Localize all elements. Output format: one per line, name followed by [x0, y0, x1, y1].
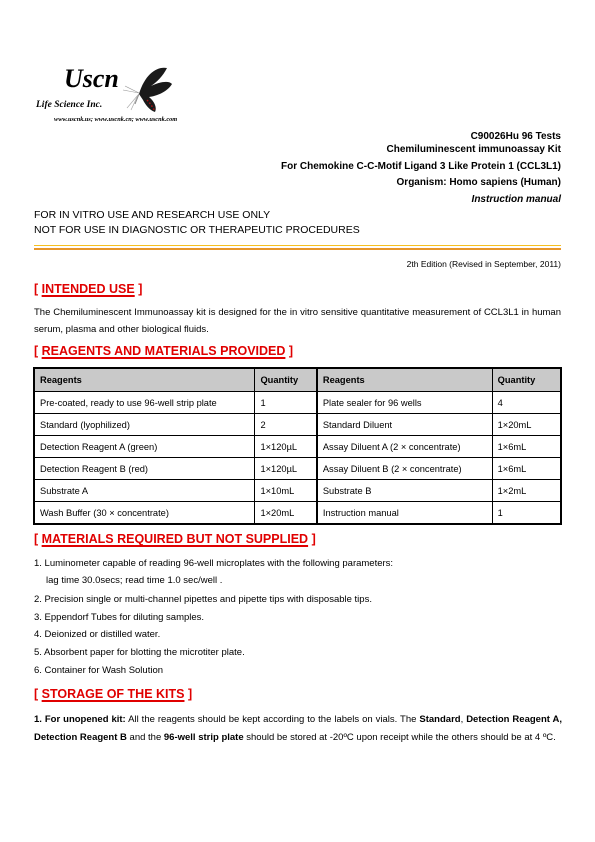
- table-row: Detection Reagent B (red)1×120µLAssay Di…: [34, 458, 561, 480]
- table-row: Detection Reagent A (green)1×120µLAssay …: [34, 436, 561, 458]
- heading-text: MATERIALS REQUIRED BUT NOT SUPPLIED: [42, 532, 308, 546]
- list-item: 4. Deionized or distilled water.: [34, 628, 160, 641]
- reagent-name-cell: Substrate B: [317, 480, 492, 502]
- catalog-number: C90026Hu 96 Tests: [471, 130, 561, 143]
- divider-rule: [34, 245, 561, 246]
- reagent-name-cell: Pre-coated, ready to use 96-well strip p…: [34, 392, 255, 414]
- table-row: Standard (lyophilized)2Standard Diluent1…: [34, 414, 561, 436]
- text: should be stored at -20ºC upon receipt w…: [244, 732, 556, 743]
- reagent-name-cell: Wash Buffer (30 × concentrate): [34, 502, 255, 525]
- divider-rule: [34, 248, 561, 250]
- reagent-name-cell: Detection Reagent B (red): [34, 458, 255, 480]
- column-header: Reagents: [317, 368, 492, 392]
- butterfly-icon: [117, 64, 173, 114]
- list-item: 1. Luminometer capable of reading 96-wel…: [34, 557, 393, 570]
- reagent-name-cell: Substrate A: [34, 480, 255, 502]
- storage-lead: 1. For unopened kit:: [34, 714, 126, 725]
- quantity-cell: 1×6mL: [492, 436, 561, 458]
- bracket: [: [34, 687, 42, 701]
- quantity-cell: 1×10mL: [255, 480, 317, 502]
- bracket: ]: [308, 532, 316, 546]
- column-header: Reagents: [34, 368, 255, 392]
- notice-not-diagnostic: NOT FOR USE IN DIAGNOSTIC OR THERAPEUTIC…: [34, 224, 360, 237]
- quantity-cell: 4: [492, 392, 561, 414]
- list-item: 6. Container for Wash Solution: [34, 664, 163, 677]
- brand-urls: www.uscnk.us; www.uscnk.cn; www.uscnk.co…: [54, 116, 177, 123]
- bracket: ]: [285, 344, 293, 358]
- document-type: Instruction manual: [472, 193, 561, 206]
- bracket: [: [34, 532, 42, 546]
- section-heading-storage: [ STORAGE OF THE KITS ]: [34, 687, 192, 702]
- quantity-cell: 1×20mL: [492, 414, 561, 436]
- reagent-name-cell: Standard (lyophilized): [34, 414, 255, 436]
- quantity-cell: 1×6mL: [492, 458, 561, 480]
- product-type: Chemiluminescent immunoassay Kit: [387, 143, 562, 156]
- bracket: ]: [135, 282, 143, 296]
- reagent-name-cell: Plate sealer for 96 wells: [317, 392, 492, 414]
- reagent-name-cell: Standard Diluent: [317, 414, 492, 436]
- reagent-name-cell: Detection Reagent A (green): [34, 436, 255, 458]
- storage-paragraph: 1. For unopened kit: All the reagents sh…: [34, 711, 562, 747]
- brand-subtitle: Life Science Inc.: [36, 100, 102, 110]
- table-row: Pre-coated, ready to use 96-well strip p…: [34, 392, 561, 414]
- section-heading-materials: [ MATERIALS REQUIRED BUT NOT SUPPLIED ]: [34, 532, 316, 547]
- product-target: For Chemokine C-C-Motif Ligand 3 Like Pr…: [281, 160, 561, 173]
- notice-research-only: FOR IN VITRO USE AND RESEARCH USE ONLY: [34, 209, 270, 222]
- section-heading-reagents: [ REAGENTS AND MATERIALS PROVIDED ]: [34, 344, 293, 359]
- organism: Organism: Homo sapiens (Human): [397, 176, 561, 189]
- list-item: 5. Absorbent paper for blotting the micr…: [34, 646, 245, 659]
- quantity-cell: 1×120µL: [255, 436, 317, 458]
- text: and the: [127, 732, 164, 743]
- list-item: lag time 30.0secs; read time 1.0 sec/wel…: [46, 574, 222, 587]
- column-header: Quantity: [255, 368, 317, 392]
- brand-logo-text: Uscn: [64, 66, 119, 92]
- list-item: 3. Eppendorf Tubes for diluting samples.: [34, 611, 204, 624]
- intended-use-text: The Chemiluminescent Immunoassay kit is …: [34, 304, 561, 338]
- bracket: [: [34, 344, 42, 358]
- column-header: Quantity: [492, 368, 561, 392]
- table-header-row: Reagents Quantity Reagents Quantity: [34, 368, 561, 392]
- heading-text: INTENDED USE: [42, 282, 135, 296]
- heading-text: STORAGE OF THE KITS: [42, 687, 185, 701]
- bracket: ]: [184, 687, 192, 701]
- reagent-name-cell: Instruction manual: [317, 502, 492, 525]
- quantity-cell: 1: [492, 502, 561, 525]
- table-row: Substrate A1×10mLSubstrate B1×2mL: [34, 480, 561, 502]
- reagent-name-cell: Assay Diluent A (2 × concentrate): [317, 436, 492, 458]
- quantity-cell: 1×20mL: [255, 502, 317, 525]
- section-heading-intended-use: [ INTENDED USE ]: [34, 282, 142, 297]
- reagent-name-cell: Assay Diluent B (2 × concentrate): [317, 458, 492, 480]
- reagents-table: Reagents Quantity Reagents Quantity Pre-…: [33, 367, 562, 525]
- list-item: 2. Precision single or multi-channel pip…: [34, 593, 372, 606]
- emph-strip-plate: 96-well strip plate: [164, 732, 244, 743]
- quantity-cell: 2: [255, 414, 317, 436]
- bracket: [: [34, 282, 42, 296]
- edition-note: 2th Edition (Revised in September, 2011): [407, 259, 561, 270]
- quantity-cell: 1×2mL: [492, 480, 561, 502]
- heading-text: REAGENTS AND MATERIALS PROVIDED: [42, 344, 286, 358]
- text: All the reagents should be kept accordin…: [126, 714, 420, 725]
- table-row: Wash Buffer (30 × concentrate)1×20mLInst…: [34, 502, 561, 525]
- emph-standard: Standard: [419, 714, 460, 725]
- quantity-cell: 1: [255, 392, 317, 414]
- quantity-cell: 1×120µL: [255, 458, 317, 480]
